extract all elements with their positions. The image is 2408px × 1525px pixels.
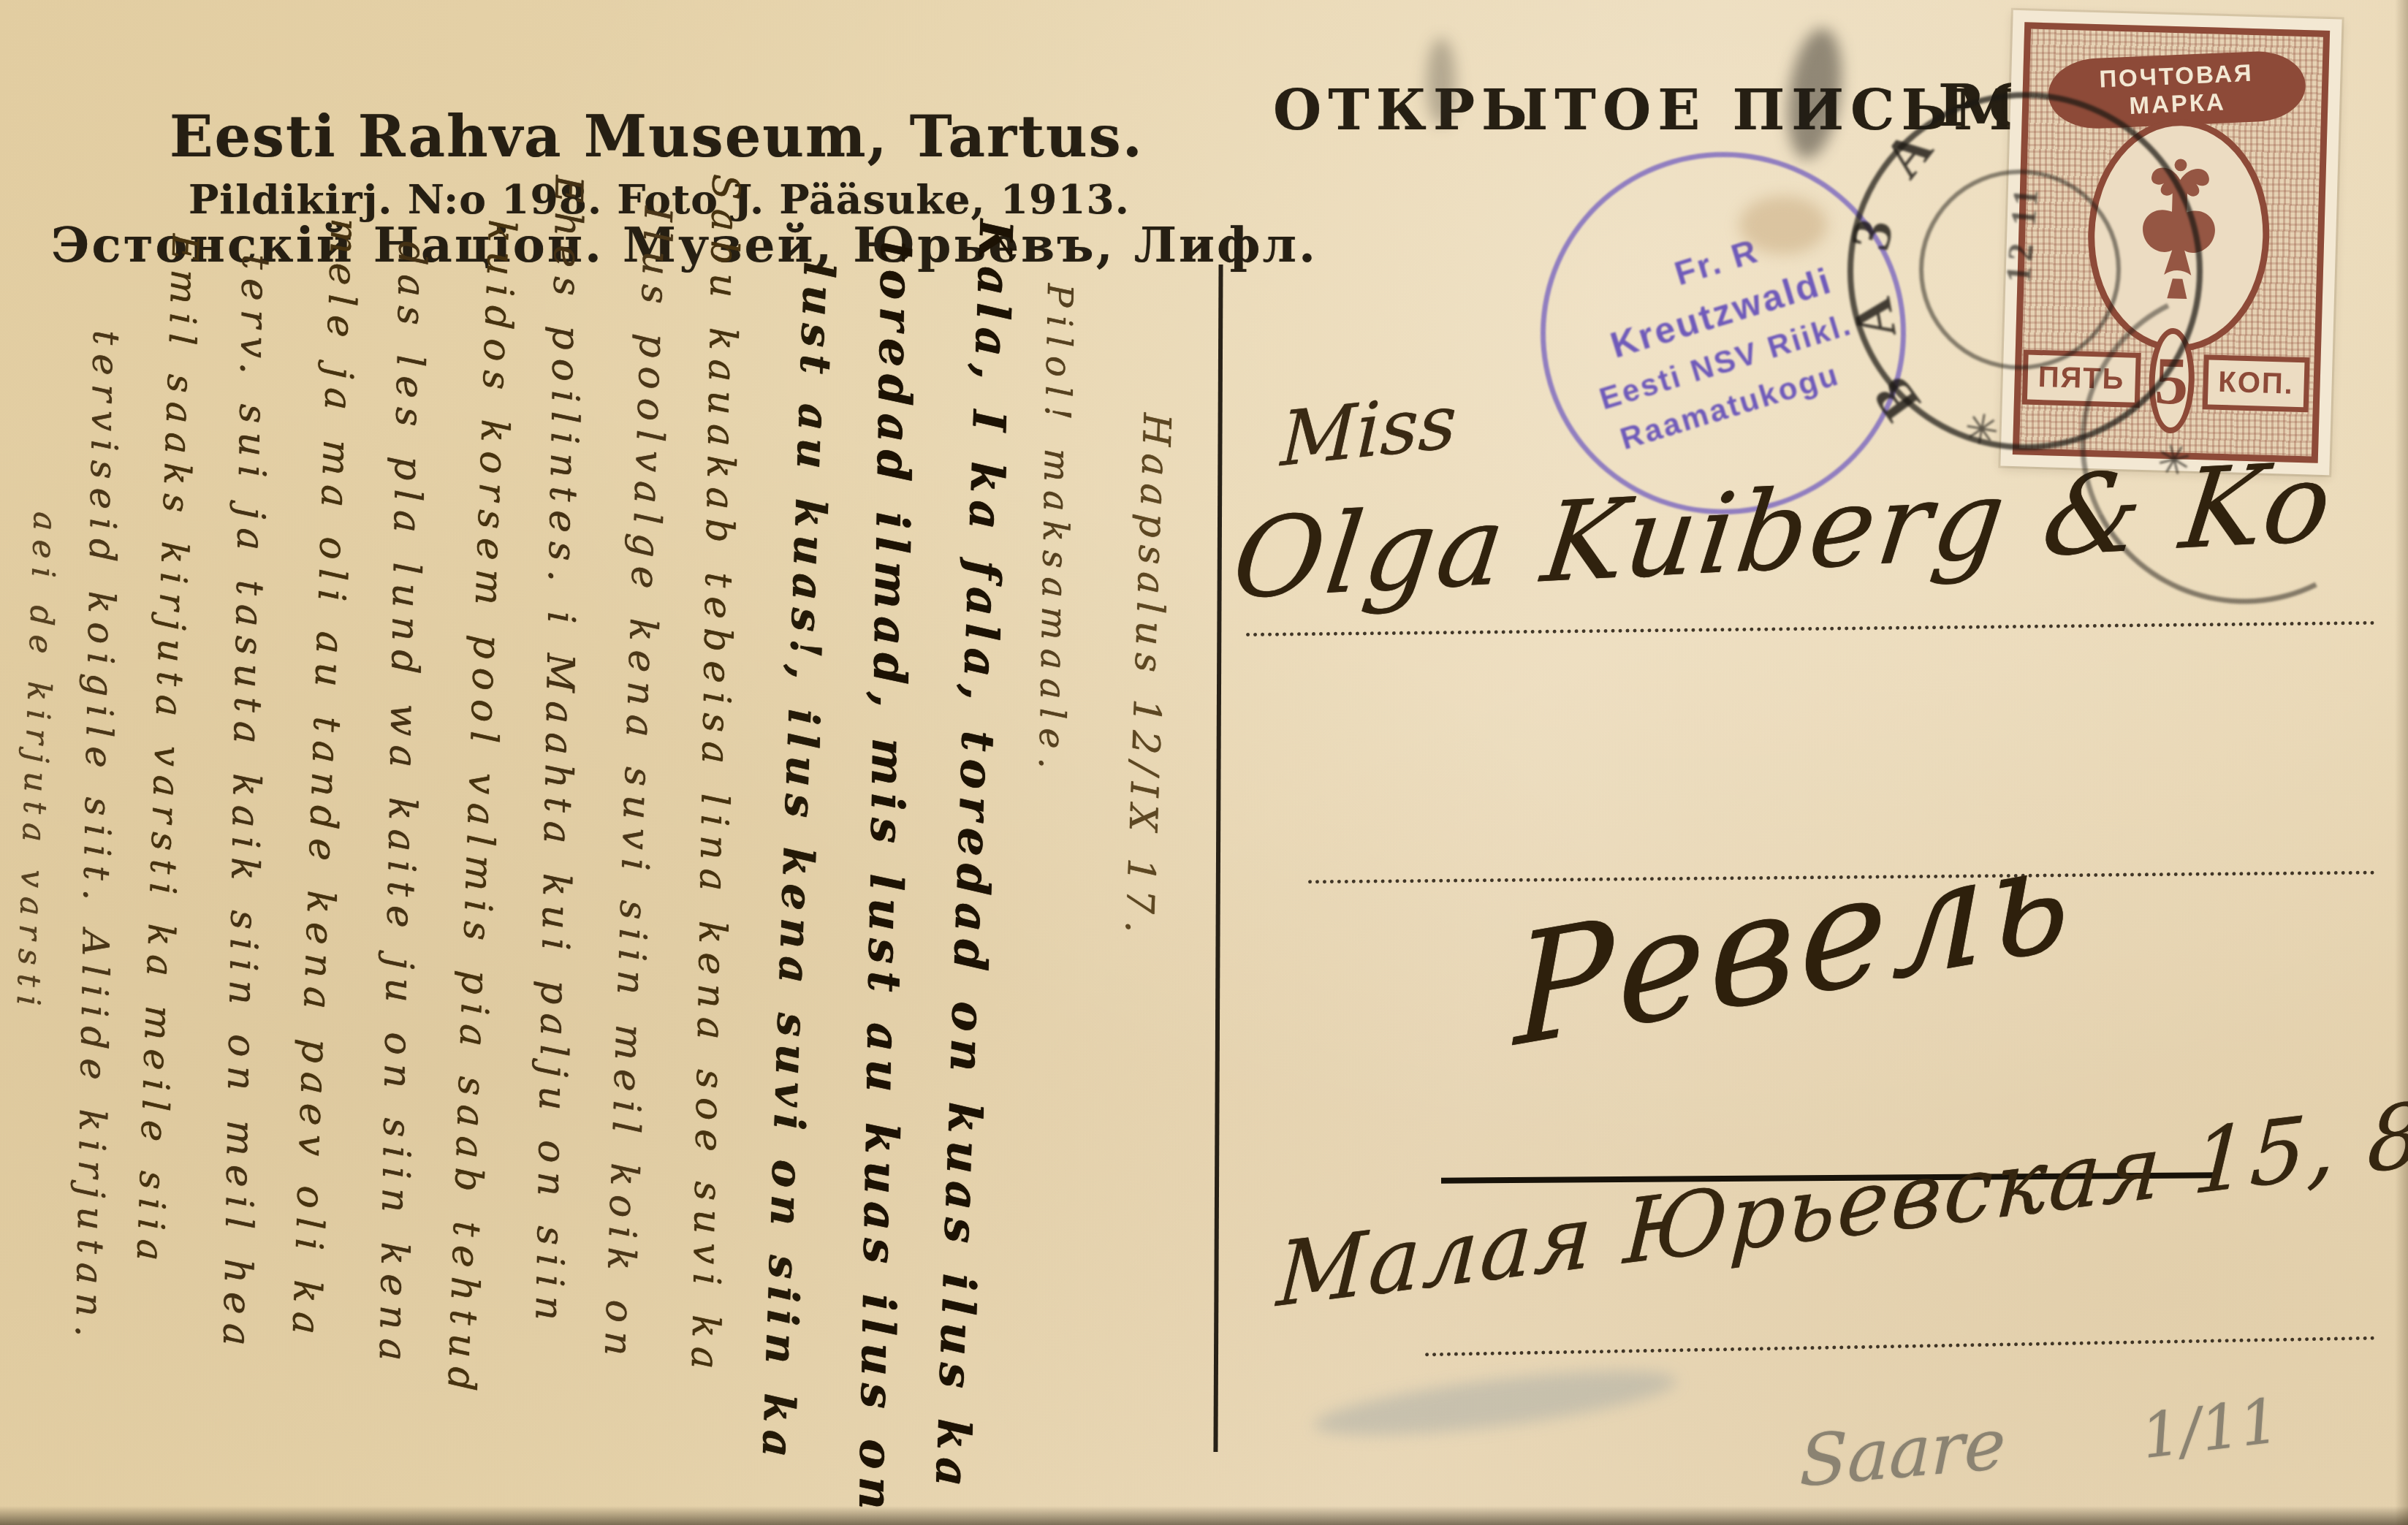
- message-line: terv. sui ja tasuta kaik siin on meil he…: [214, 254, 277, 1355]
- message-line: kuidos korsem pool valmis pia saab tehtu…: [438, 218, 523, 1401]
- message-line: Ehes poilintes. i Maahta kui palju on si…: [526, 175, 590, 1330]
- stain-smudge: [1739, 196, 1827, 254]
- message-line: toredad ilmad, mis lust au kuas ilus on: [848, 240, 924, 1517]
- message-line: terviseid koigile siit. Aliide kirjutan.: [67, 330, 127, 1347]
- message-line: mele ja ma oli au tande kena paev oli ka: [283, 217, 366, 1344]
- address-city: Ревель: [1514, 806, 2074, 1081]
- publisher-title: Eesti Rahva Museum, Tartus.: [170, 104, 1144, 170]
- message-line: aei de kirjuta varsti: [9, 511, 64, 1015]
- ink-smudge: [1427, 38, 1456, 126]
- pencil-note-word: Saare: [1799, 1402, 2007, 1502]
- address-salutation: Miss: [1280, 378, 1459, 484]
- pencil-note-fraction: 1/11: [2138, 1385, 2283, 1472]
- message-line: Ilus poolvalge kena suvi siin meil koik …: [595, 205, 679, 1365]
- postcard-scan: Eesti Rahva Museum, Tartus. Pildikirj. N…: [0, 0, 2408, 1525]
- center-divider-rule: [1213, 265, 1223, 1452]
- address-dotted-rule-3: [1425, 1336, 2375, 1357]
- address-dotted-rule-1: [1246, 621, 2375, 636]
- address-street: Малая Юрьевская 15, 8: [1275, 1084, 2408, 1328]
- message-line: das les pla lund wa kaite ju on siin ken…: [371, 241, 434, 1370]
- message-line: Kala, I ka fala, toredad on kuas ilus ka: [925, 218, 1023, 1495]
- message-line: lust au kuas!, ilus kena suvi on siin ka: [752, 261, 843, 1465]
- message-line: Haapsalus 12/IX 17.: [1116, 412, 1178, 941]
- message-line: Pilol! maksamaale.: [1030, 284, 1080, 778]
- publisher-title-russian: Эстонскій Націон. Музей, Юрьевъ, Лифл.: [51, 216, 1318, 273]
- blue-smudge: [1311, 1358, 1679, 1448]
- message-line: Emil saaks kirjuta varsti ka meile siia: [128, 233, 206, 1270]
- message-line: Sabu kauakab tebeisa lina kena soe suvi …: [683, 174, 748, 1379]
- postmark-date: 12 11: [1998, 183, 2047, 285]
- postmark-star-icon: ✳: [1961, 403, 2002, 456]
